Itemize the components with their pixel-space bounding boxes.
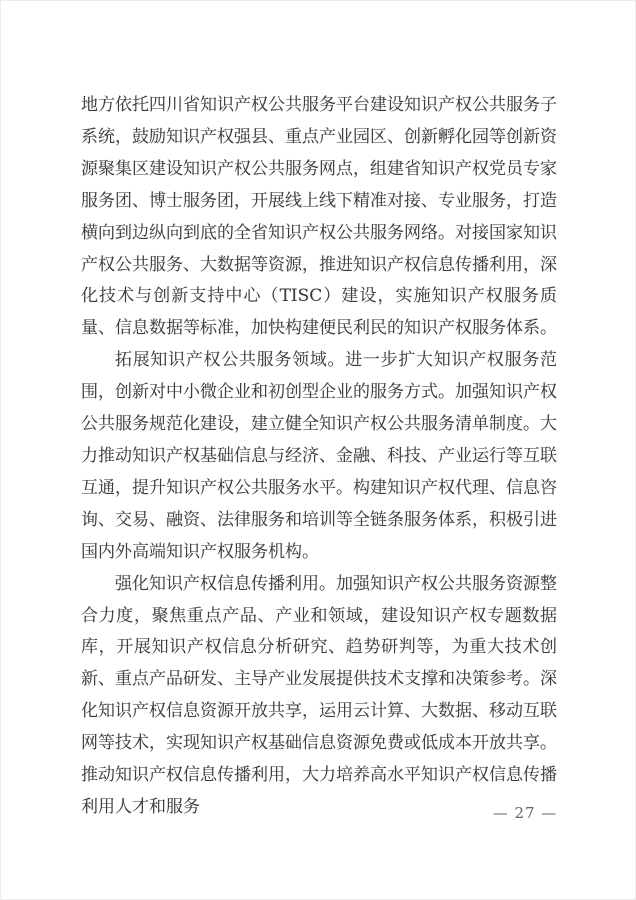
paragraph-strengthen-information-use: 强化知识产权信息传播利用。加强知识产权公共服务资源整合力度，聚焦重点产品、产业和… xyxy=(81,569,557,824)
document-text-block: 地方依托四川省知识产权公共服务平台建设知识产权公共服务子系统，鼓励知识产权强县、… xyxy=(81,90,557,824)
paragraph-expand-public-services: 拓展知识产权公共服务领域。进一步扩大知识产权服务范围，创新对中小微企业和初创型企… xyxy=(81,345,557,568)
paragraph-continuation: 地方依托四川省知识产权公共服务平台建设知识产权公共服务子系统，鼓励知识产权强县、… xyxy=(81,90,557,345)
scanned-document-page: 地方依托四川省知识产权公共服务平台建设知识产权公共服务子系统，鼓励知识产权强县、… xyxy=(0,0,636,900)
page-number: — 27 — xyxy=(470,804,580,822)
